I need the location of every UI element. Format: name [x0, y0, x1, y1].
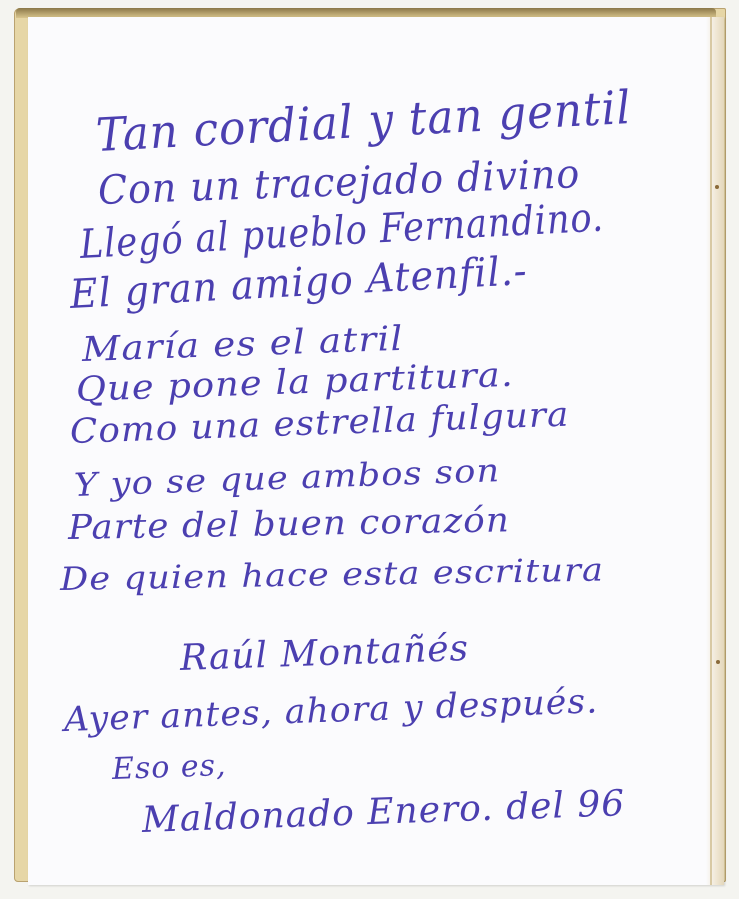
- paper-stain: [715, 185, 719, 189]
- page-binding-line: [710, 17, 712, 885]
- poem-line-9: Parte del buen corazón: [68, 500, 511, 548]
- paper-stain: [716, 660, 720, 664]
- page-right-edge: [706, 17, 724, 885]
- closing-line-2: Eso es,: [111, 748, 227, 787]
